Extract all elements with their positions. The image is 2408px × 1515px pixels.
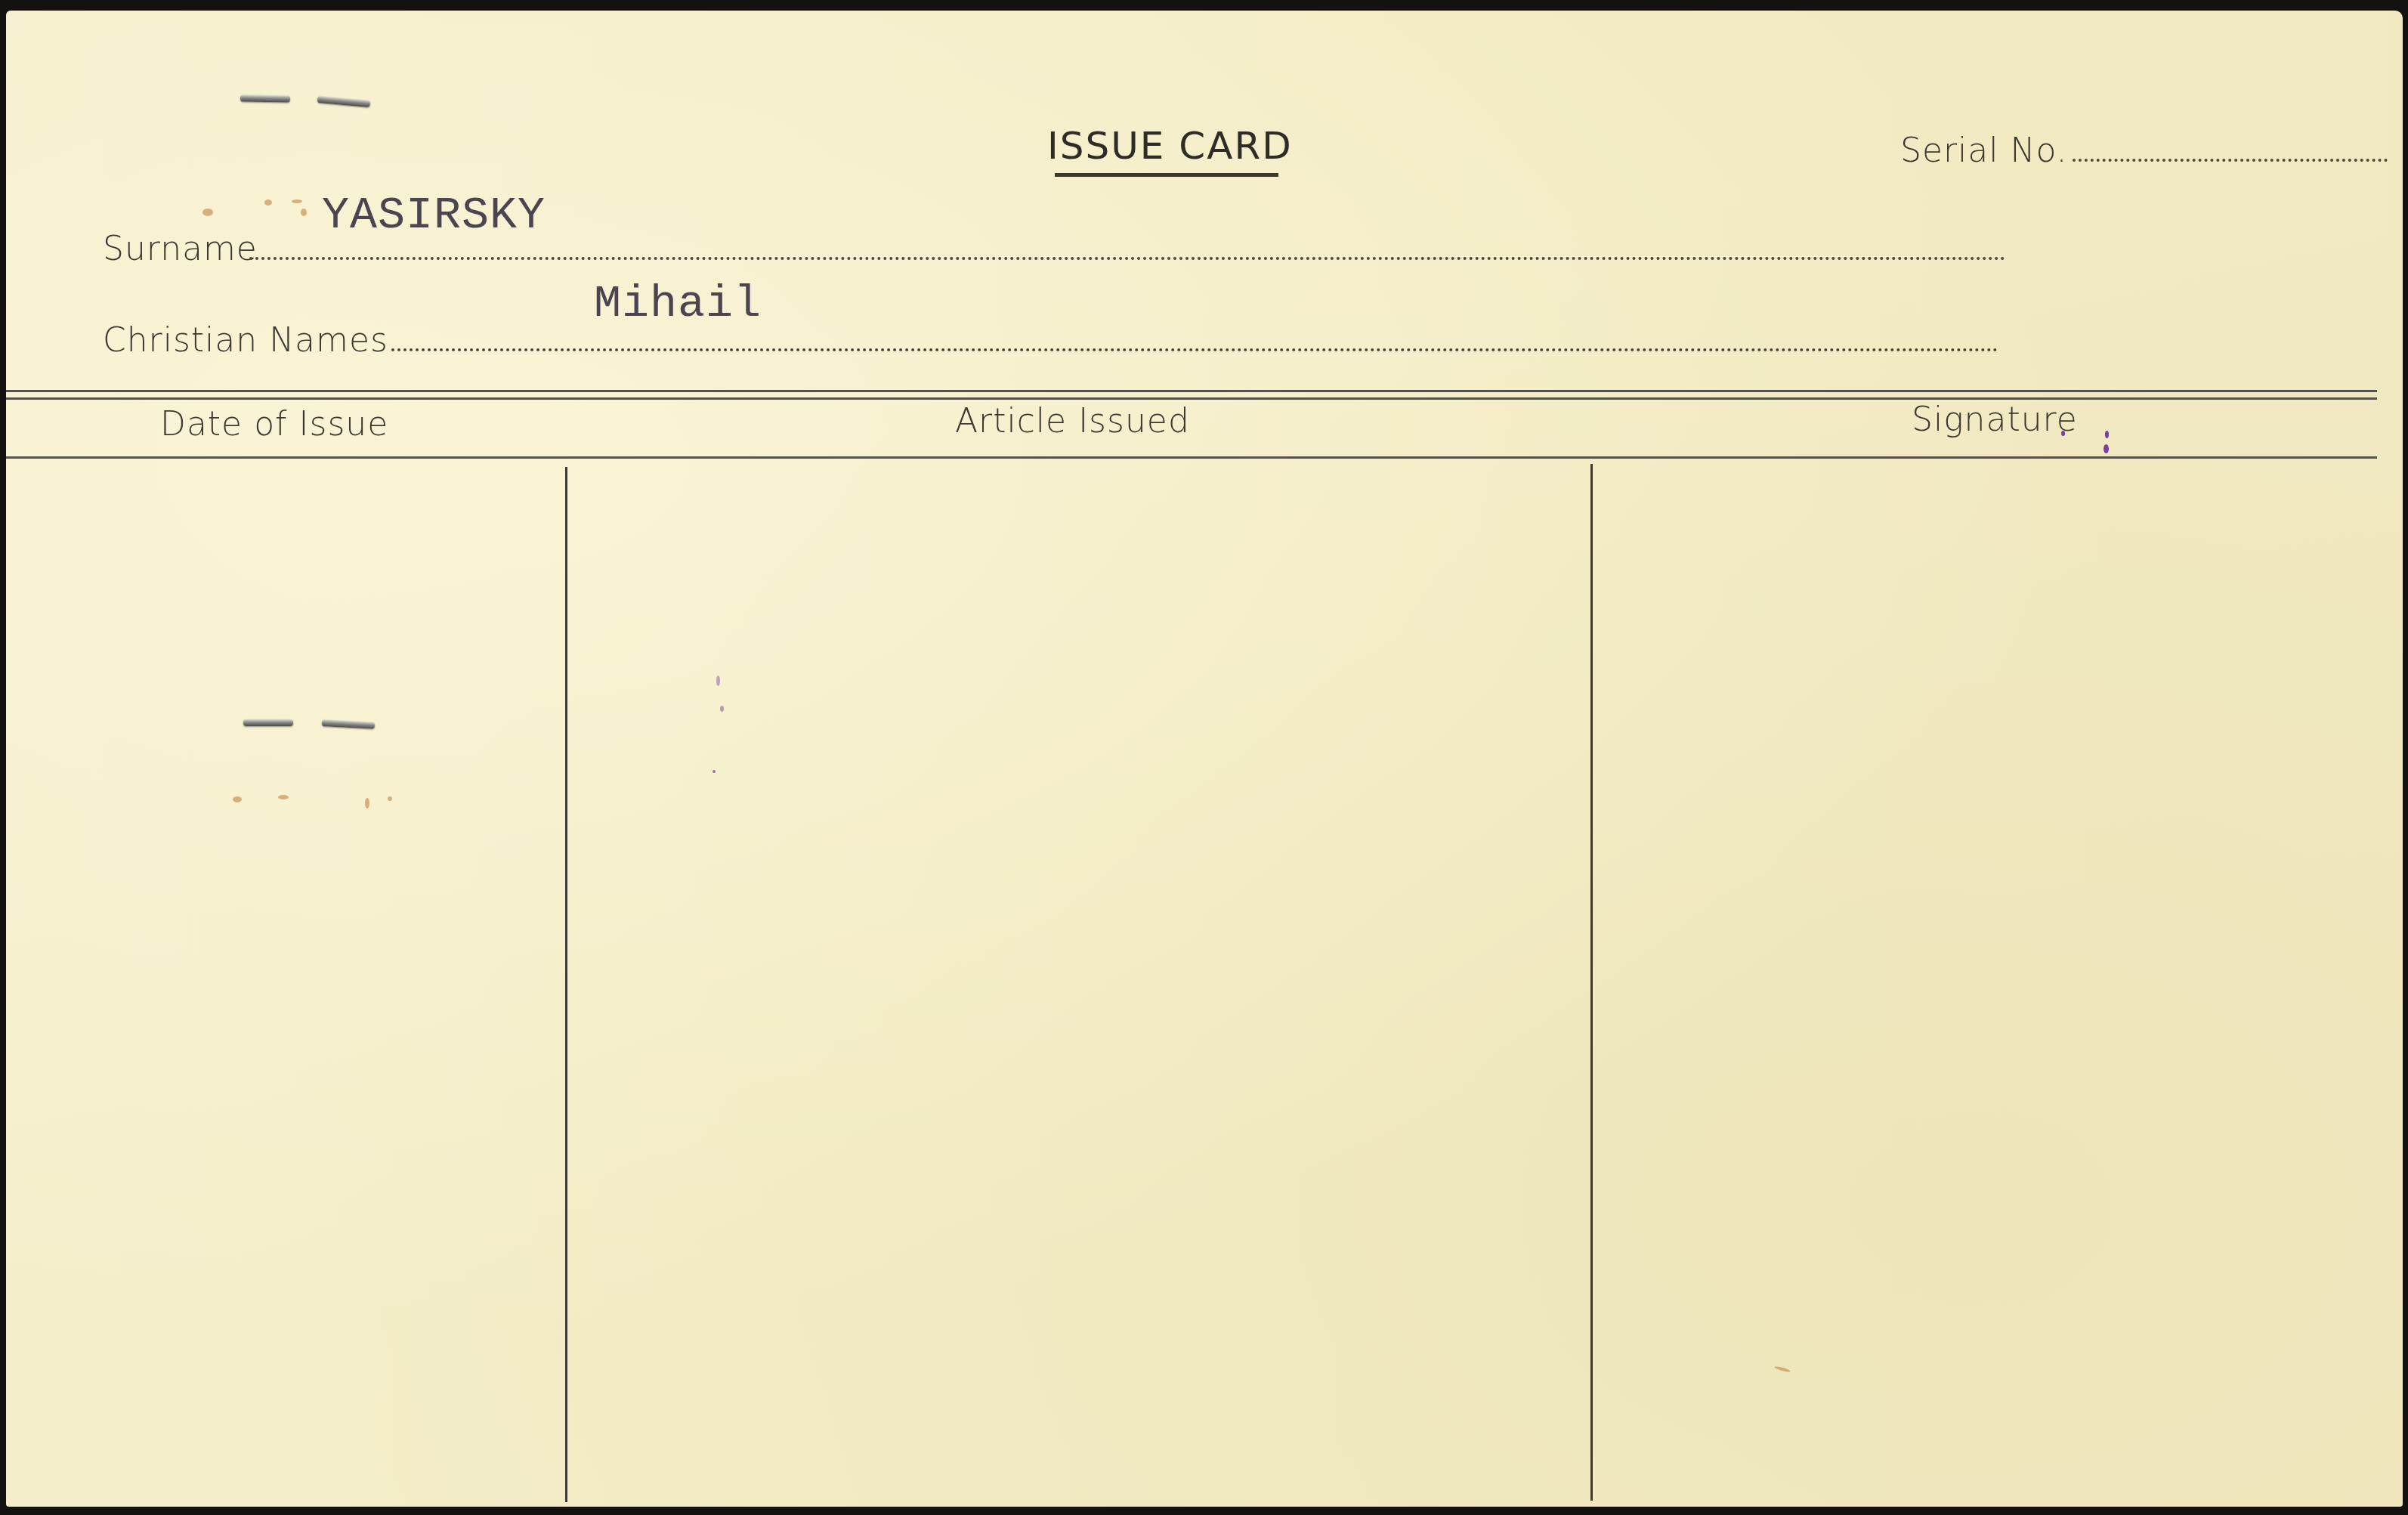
rust-stain <box>301 209 307 216</box>
surname-dotted-line <box>249 257 2006 260</box>
serial-no-dotted-line <box>2073 159 2388 162</box>
header-bottom-rule <box>6 456 2377 459</box>
serial-no-label: Serial No. <box>1900 131 2068 170</box>
christian-names-label: Christian Names <box>103 321 388 360</box>
column-header-article-issued: Article Issued <box>955 402 1190 441</box>
column-header-signature: Signature <box>1912 400 2078 439</box>
ink-mark <box>2104 444 2109 453</box>
staple-icon <box>317 96 371 107</box>
issue-card: ISSUE CARD Serial No. YASIRSKY Surname M… <box>6 11 2403 1507</box>
rust-stain <box>292 199 302 203</box>
serial-no-field[interactable] <box>2076 124 2386 157</box>
title-underline <box>1055 173 1278 177</box>
christian-names-dotted-line <box>391 348 1998 351</box>
staple-icon <box>243 719 293 726</box>
rust-stain <box>278 795 289 799</box>
rust-stain <box>264 199 272 206</box>
ink-mark <box>2105 431 2109 438</box>
signature-column-body[interactable] <box>1594 461 2401 1504</box>
rust-stain <box>202 209 213 216</box>
card-title: ISSUE CARD <box>1047 124 1293 168</box>
christian-names-value[interactable]: Mihail <box>594 279 762 330</box>
staple-icon <box>240 94 290 102</box>
surname-label: Surname <box>103 230 258 268</box>
header-top-rule-2 <box>6 397 2377 400</box>
ink-mark <box>2061 431 2065 436</box>
rust-stain <box>365 798 369 809</box>
surname-value[interactable]: YASIRSKY <box>322 190 546 242</box>
column-header-date-of-issue: Date of Issue <box>160 405 388 444</box>
rust-stain <box>233 796 242 802</box>
header-top-rule-1 <box>6 390 2377 392</box>
date-of-issue-column-body[interactable] <box>6 461 564 1504</box>
article-issued-column-body[interactable] <box>569 461 1589 1504</box>
ink-mark <box>716 676 720 686</box>
rust-stain <box>388 796 392 801</box>
ink-mark <box>713 770 716 773</box>
ink-mark <box>720 706 724 712</box>
column-divider-1 <box>565 467 567 1502</box>
column-divider-2 <box>1590 464 1593 1501</box>
